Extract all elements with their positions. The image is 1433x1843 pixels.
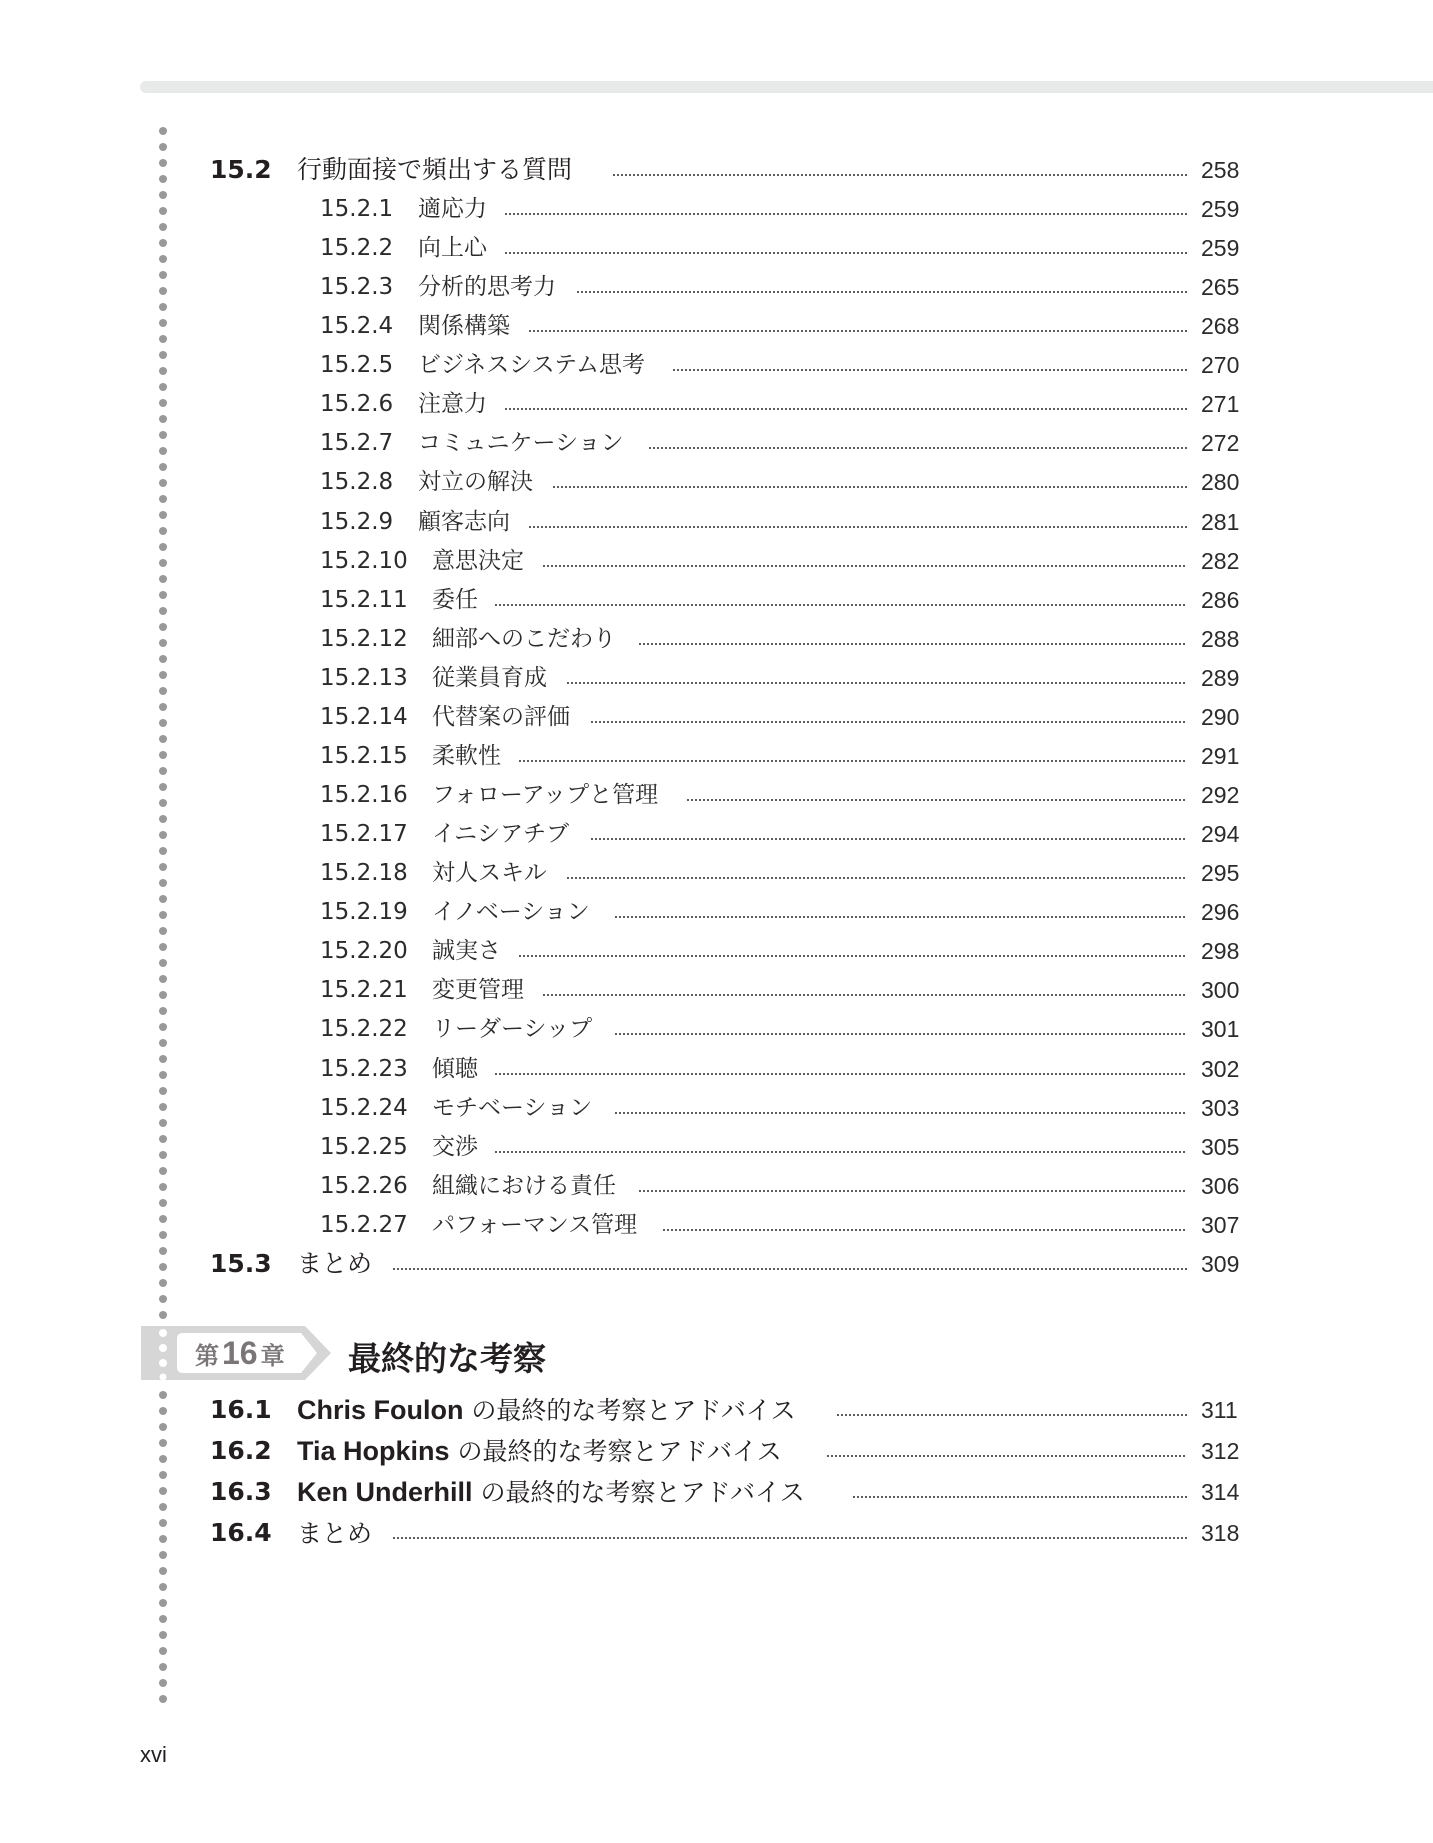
dot-leader xyxy=(504,213,1187,215)
subsection-title: パフォーマンス管理 xyxy=(432,1210,637,1240)
dot-leader xyxy=(528,330,1187,332)
toc-entry-15-2-8[interactable]: 15.2.8対立の解決280 xyxy=(0,467,1433,506)
dot xyxy=(159,1295,167,1303)
title-text: まとめ xyxy=(297,1519,372,1548)
toc-entry-15-2-22[interactable]: 15.2.22リーダーシップ301 xyxy=(0,1014,1433,1053)
title-text: の最終的な考察とアドバイス xyxy=(450,1437,782,1466)
dot xyxy=(159,1615,167,1623)
subsection-number: 15.2.27 xyxy=(320,1210,408,1240)
chapter-number: 第16章 xyxy=(195,1335,285,1372)
subsection-number: 15.2.12 xyxy=(320,624,408,654)
page-number: 303 xyxy=(1201,1093,1239,1123)
dot-leader xyxy=(528,526,1187,528)
dot-leader xyxy=(638,643,1187,645)
dot-leader xyxy=(590,721,1187,723)
dot-leader xyxy=(494,604,1187,606)
dot-leader xyxy=(836,1414,1187,1416)
dot-leader xyxy=(662,1229,1187,1231)
page-number: 307 xyxy=(1201,1210,1239,1240)
subsection-title: 関係構築 xyxy=(418,311,510,341)
dot xyxy=(159,1599,167,1607)
toc-entry-15-2-23[interactable]: 15.2.23傾聴302 xyxy=(0,1054,1433,1093)
dot-leader xyxy=(614,1033,1187,1035)
toc-entry-15-2-13[interactable]: 15.2.13従業員育成289 xyxy=(0,663,1433,702)
subsection-number: 15.2.2 xyxy=(320,233,393,263)
section-title: Chris Foulon の最終的な考察とアドバイス xyxy=(297,1395,796,1426)
subsection-title: 向上心 xyxy=(418,233,487,263)
toc-entry-15-2-11[interactable]: 15.2.11委任286 xyxy=(0,585,1433,624)
dot-leader xyxy=(826,1455,1187,1457)
dot-leader xyxy=(614,916,1187,918)
dot xyxy=(159,1567,167,1575)
dot-leader xyxy=(552,486,1187,488)
subsection-number: 15.2.16 xyxy=(320,780,408,810)
dot-leader xyxy=(686,799,1187,801)
author-name: Chris Foulon xyxy=(297,1395,463,1425)
toc-entry-15-2-26[interactable]: 15.2.26組織における責任306 xyxy=(0,1171,1433,1210)
subsection-number: 15.2.3 xyxy=(320,272,393,302)
toc-entry-15-3[interactable]: 15.3 まとめ 309 xyxy=(0,1249,1433,1288)
page-number: 258 xyxy=(1201,155,1239,185)
subsection-title: フォローアップと管理 xyxy=(432,780,658,810)
page-folio: xvi xyxy=(140,1742,167,1768)
subsection-title: 交渉 xyxy=(432,1132,478,1162)
page-number: 270 xyxy=(1201,350,1239,380)
page-number: 318 xyxy=(1201,1518,1239,1548)
toc-entry-16-1[interactable]: 16.1Chris Foulon の最終的な考察とアドバイス311 xyxy=(0,1395,1433,1434)
dot xyxy=(159,1663,167,1671)
dot-leader xyxy=(494,1073,1187,1075)
toc-entry-15-2[interactable]: 15.2 行動面接で頻出する質問 258 xyxy=(0,155,1433,194)
dot-leader xyxy=(566,877,1187,879)
page-number: 309 xyxy=(1201,1249,1239,1279)
dot-leader xyxy=(648,447,1187,449)
dot-leader xyxy=(392,1268,1187,1270)
title-text: の最終的な考察とアドバイス xyxy=(473,1478,805,1507)
page-number: 301 xyxy=(1201,1014,1239,1044)
toc-entry-15-2-21[interactable]: 15.2.21変更管理300 xyxy=(0,975,1433,1014)
subsection-title: 変更管理 xyxy=(432,975,524,1005)
subsection-number: 15.2.9 xyxy=(320,507,393,537)
subsection-title: 適応力 xyxy=(418,194,487,224)
subsection-number: 15.2.14 xyxy=(320,702,408,732)
dot-leader xyxy=(590,838,1187,840)
page-number: 296 xyxy=(1201,897,1239,927)
toc-entry-16-4[interactable]: 16.4まとめ318 xyxy=(0,1518,1433,1557)
page-number: 291 xyxy=(1201,741,1239,771)
subsection-number: 15.2.19 xyxy=(320,897,408,927)
subsection-title: 委任 xyxy=(432,585,478,615)
dot xyxy=(159,127,167,135)
dot xyxy=(159,1647,167,1655)
page-number: 268 xyxy=(1201,311,1239,341)
dot xyxy=(159,1679,167,1687)
subsection-title: イノベーション xyxy=(432,897,590,927)
page-number: 286 xyxy=(1201,585,1239,615)
toc-entry-15-2-17[interactable]: 15.2.17イニシアチブ294 xyxy=(0,819,1433,858)
chapter-title: 最終的な考察 xyxy=(348,1333,546,1380)
page-number: 314 xyxy=(1201,1477,1239,1507)
subsection-title: 対人スキル xyxy=(432,858,547,888)
subsection-number: 15.2.21 xyxy=(320,975,408,1005)
subsection-title: 対立の解決 xyxy=(418,467,533,497)
section-number: 16.2 xyxy=(210,1436,272,1466)
toc-entry-15-2-2[interactable]: 15.2.2向上心259 xyxy=(0,233,1433,272)
dot xyxy=(159,143,167,151)
subsection-title: 意思決定 xyxy=(432,546,524,576)
author-name: Ken Underhill xyxy=(297,1477,473,1507)
dot-leader xyxy=(614,1112,1187,1114)
page-number: 290 xyxy=(1201,702,1239,732)
dot xyxy=(159,1695,167,1703)
toc-entry-16-2[interactable]: 16.2Tia Hopkins の最終的な考察とアドバイス312 xyxy=(0,1436,1433,1475)
page-number: 306 xyxy=(1201,1171,1239,1201)
dot-leader xyxy=(518,760,1187,762)
toc-entry-15-2-18[interactable]: 15.2.18対人スキル295 xyxy=(0,858,1433,897)
subsection-title: 顧客志向 xyxy=(418,507,510,537)
dot xyxy=(159,1583,167,1591)
page-number: 281 xyxy=(1201,507,1239,537)
subsection-title: 細部へのこだわり xyxy=(432,624,616,654)
toc-entry-15-2-9[interactable]: 15.2.9顧客志向281 xyxy=(0,507,1433,546)
page-number: 300 xyxy=(1201,975,1239,1005)
page-number: 289 xyxy=(1201,663,1239,693)
subsection-title: イニシアチブ xyxy=(432,819,569,849)
dot-leader xyxy=(672,369,1187,371)
toc-entry-15-2-27[interactable]: 15.2.27パフォーマンス管理307 xyxy=(0,1210,1433,1249)
subsection-title: リーダーシップ xyxy=(432,1014,592,1044)
dot-leader xyxy=(576,291,1187,293)
page-number: 259 xyxy=(1201,194,1239,224)
subsection-number: 15.2.7 xyxy=(320,428,393,458)
subsection-title: 柔軟性 xyxy=(432,741,501,771)
section-number: 16.3 xyxy=(210,1477,272,1507)
chapter-label: 第16章 xyxy=(141,1326,331,1380)
dot-leader xyxy=(504,252,1187,254)
page-number: 280 xyxy=(1201,467,1239,497)
dot-leader xyxy=(852,1496,1187,1498)
toc-entry-16-3[interactable]: 16.3Ken Underhill の最終的な考察とアドバイス314 xyxy=(0,1477,1433,1516)
section-number: 16.4 xyxy=(210,1518,272,1548)
page-number: 312 xyxy=(1201,1436,1239,1466)
subsection-number: 15.2.26 xyxy=(320,1171,408,1201)
subsection-number: 15.2.6 xyxy=(320,389,393,419)
subsection-title: 誠実さ xyxy=(432,936,501,966)
toc-entry-15-2-4[interactable]: 15.2.4関係構築268 xyxy=(0,311,1433,350)
dot xyxy=(159,1311,167,1319)
toc-entry-15-2-25[interactable]: 15.2.25交渉305 xyxy=(0,1132,1433,1171)
subsection-number: 15.2.11 xyxy=(320,585,408,615)
page-number: 272 xyxy=(1201,428,1239,458)
toc-entry-15-2-16[interactable]: 15.2.16フォローアップと管理292 xyxy=(0,780,1433,819)
dot xyxy=(159,1631,167,1639)
subsection-title: 傾聴 xyxy=(432,1054,478,1084)
page-number: 288 xyxy=(1201,624,1239,654)
subsection-number: 15.2.1 xyxy=(320,194,393,224)
title-text: の最終的な考察とアドバイス xyxy=(463,1396,795,1425)
toc-entry-15-2-5[interactable]: 15.2.5ビジネスシステム思考270 xyxy=(0,350,1433,389)
subsection-number: 15.2.24 xyxy=(320,1093,408,1123)
subsection-title: 組織における責任 xyxy=(432,1171,616,1201)
dot-leader xyxy=(566,682,1187,684)
toc-entry-15-2-10[interactable]: 15.2.10意思決定282 xyxy=(0,546,1433,585)
subsection-number: 15.2.17 xyxy=(320,819,408,849)
toc-entry-15-2-19[interactable]: 15.2.19イノベーション296 xyxy=(0,897,1433,936)
dot-leader xyxy=(612,174,1187,176)
dot-leader xyxy=(494,1151,1187,1153)
subsection-number: 15.2.23 xyxy=(320,1054,408,1084)
section-number: 15.3 xyxy=(210,1249,272,1279)
subsection-number: 15.2.25 xyxy=(320,1132,408,1162)
page-number: 298 xyxy=(1201,936,1239,966)
subsection-title: 注意力 xyxy=(418,389,487,419)
subsection-number: 15.2.4 xyxy=(320,311,393,341)
toc-entry-15-2-12[interactable]: 15.2.12細部へのこだわり288 xyxy=(0,624,1433,663)
page-number: 311 xyxy=(1201,1395,1238,1425)
toc-entry-15-2-6[interactable]: 15.2.6注意力271 xyxy=(0,389,1433,428)
page-number: 259 xyxy=(1201,233,1239,263)
dot-leader xyxy=(542,565,1187,567)
subsection-number: 15.2.15 xyxy=(320,741,408,771)
section-title: まとめ xyxy=(297,1249,372,1279)
dot-leader xyxy=(542,994,1187,996)
toc-entry-15-2-7[interactable]: 15.2.7コミュニケーション272 xyxy=(0,428,1433,467)
subsection-title: 分析的思考力 xyxy=(418,272,556,302)
toc-entry-15-2-14[interactable]: 15.2.14代替案の評価290 xyxy=(0,702,1433,741)
section-title: 行動面接で頻出する質問 xyxy=(297,155,572,185)
subsection-number: 15.2.13 xyxy=(320,663,408,693)
subsection-title: モチベーション xyxy=(432,1093,592,1123)
subsection-number: 15.2.10 xyxy=(320,546,408,576)
page-number: 295 xyxy=(1201,858,1239,888)
subsection-title: ビジネスシステム思考 xyxy=(418,350,645,380)
page-number: 271 xyxy=(1201,389,1239,419)
subsection-number: 15.2.8 xyxy=(320,467,393,497)
subsection-title: コミュニケーション xyxy=(418,428,624,458)
author-name: Tia Hopkins xyxy=(297,1436,450,1466)
page-number: 302 xyxy=(1201,1054,1239,1084)
dot-leader xyxy=(638,1190,1187,1192)
section-number: 16.1 xyxy=(210,1395,272,1425)
page-number: 265 xyxy=(1201,272,1239,302)
dot-leader xyxy=(504,408,1187,410)
page-number: 294 xyxy=(1201,819,1239,849)
dot-leader xyxy=(392,1537,1187,1539)
toc-entry-15-2-1[interactable]: 15.2.1適応力259 xyxy=(0,194,1433,233)
page-number: 282 xyxy=(1201,546,1239,576)
subsection-title: 従業員育成 xyxy=(432,663,547,693)
subsection-title: 代替案の評価 xyxy=(432,702,570,732)
subsection-number: 15.2.5 xyxy=(320,350,393,380)
subsection-number: 15.2.18 xyxy=(320,858,408,888)
subsection-number: 15.2.22 xyxy=(320,1014,408,1044)
section-title: Ken Underhill の最終的な考察とアドバイス xyxy=(297,1477,805,1508)
page-number: 305 xyxy=(1201,1132,1239,1162)
dot-leader xyxy=(518,955,1187,957)
section-title: Tia Hopkins の最終的な考察とアドバイス xyxy=(297,1436,782,1467)
toc-entry-15-2-20[interactable]: 15.2.20誠実さ298 xyxy=(0,936,1433,975)
section-title: まとめ xyxy=(297,1518,372,1549)
subsection-number: 15.2.20 xyxy=(320,936,408,966)
toc-entry-15-2-3[interactable]: 15.2.3分析的思考力265 xyxy=(0,272,1433,311)
toc-entry-15-2-24[interactable]: 15.2.24モチベーション303 xyxy=(0,1093,1433,1132)
section-number: 15.2 xyxy=(210,155,272,185)
page-number: 292 xyxy=(1201,780,1239,810)
header-bar xyxy=(140,81,1433,93)
toc-entry-15-2-15[interactable]: 15.2.15柔軟性291 xyxy=(0,741,1433,780)
